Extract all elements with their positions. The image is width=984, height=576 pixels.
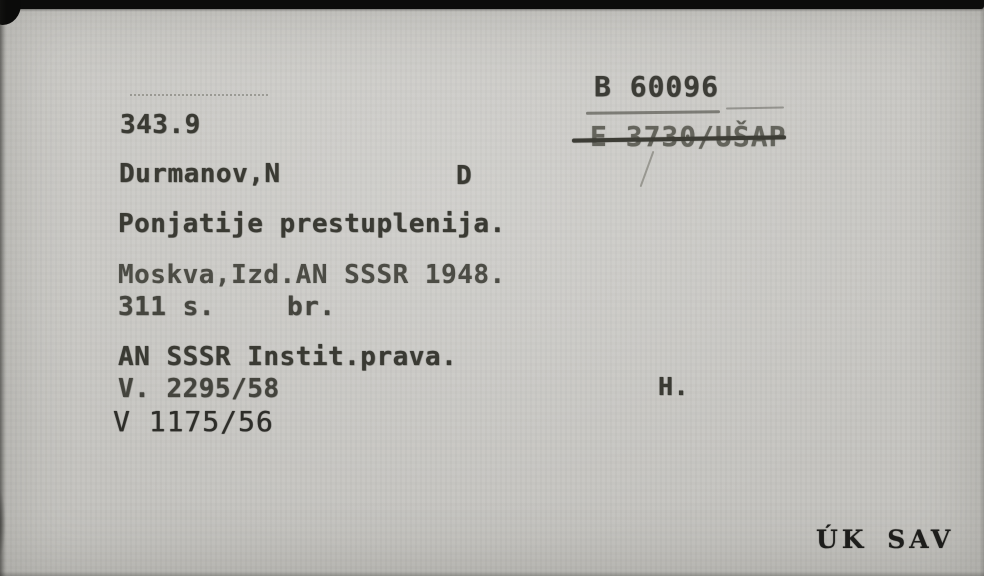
collation: 311 s.: [118, 292, 215, 322]
dotted-guide-line: [130, 94, 268, 96]
series-statement: AN SSSR Instit.prava.: [118, 342, 457, 372]
accession-number-1: V. 2295/58: [118, 374, 280, 404]
title-line: Ponjatije prestuplenija.: [118, 209, 506, 239]
accession-number-2: V 1175/56: [113, 405, 274, 438]
scan-bottom-edge: [0, 571, 984, 576]
imprint-line: Moskva,Izd.AN SSSR 1948.: [118, 260, 506, 290]
author-name: Durmanov,N: [119, 159, 281, 189]
cutter-letter: D: [456, 161, 472, 191]
scan-top-edge: [0, 0, 984, 9]
catalog-card: B 60096 E 3730/UŠAP 343.9 Durmanov,N D P…: [0, 0, 984, 576]
classification-number: 343.9: [120, 110, 201, 140]
pencil-underline: [586, 110, 720, 115]
pencil-mark: [640, 151, 655, 187]
scan-smudge: [0, 488, 6, 558]
pencil-underline-segment: [726, 106, 784, 109]
scan-right-edge: [980, 0, 984, 576]
holdings-letter: H.: [658, 372, 689, 401]
library-stamp: ÚK SAV: [816, 525, 954, 554]
call-number: B 60096: [594, 70, 719, 103]
binding-note: br.: [287, 292, 335, 322]
